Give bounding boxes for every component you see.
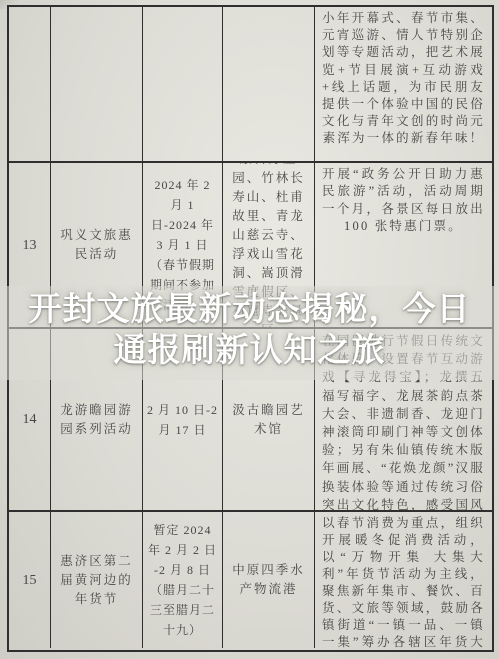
cell-venue bbox=[223, 7, 315, 161]
cell-date: 暂定 2024 年 2 月 2 日 -2 月 8 日（腊月二十三至腊月二十九） bbox=[143, 512, 223, 648]
cell-description: 小年开幕式、春节市集、元宵巡游、情人节特别企划等专题活动，把艺术展览+节目展演+… bbox=[315, 7, 492, 161]
headline-line-2: 通报刷新认知之旅 bbox=[0, 329, 499, 370]
cell-description: 以春节消费为重点，组织开展暖冬促消费活动，以“万物开集 大集大利”年货节活动为主… bbox=[315, 512, 492, 648]
cell-venue: 中原四季水产物流港 bbox=[223, 512, 315, 648]
headline-line-1: 开封文旅最新动态揭秘，今日 bbox=[0, 288, 499, 329]
table-row: 小年开幕式、春节市集、元宵巡游、情人节特别企划等专题活动，把艺术展览+节目展演+… bbox=[9, 7, 492, 163]
headline-title: 开封文旅最新动态揭秘，今日 通报刷新认知之旅 bbox=[0, 288, 499, 370]
cell-activity-name bbox=[51, 7, 143, 161]
article-cover-photo: { "overlay": { "line1": "开封文旅最新动态揭秘，今日",… bbox=[0, 0, 499, 659]
table-row: 15 惠济区第二届黄河边的年货节 暂定 2024 年 2 月 2 日 -2 月 … bbox=[9, 512, 492, 648]
cell-activity-name: 惠济区第二届黄河边的年货节 bbox=[51, 512, 143, 648]
cell-date bbox=[143, 7, 223, 161]
cell-number: 15 bbox=[9, 512, 51, 648]
cell-number bbox=[9, 7, 51, 161]
